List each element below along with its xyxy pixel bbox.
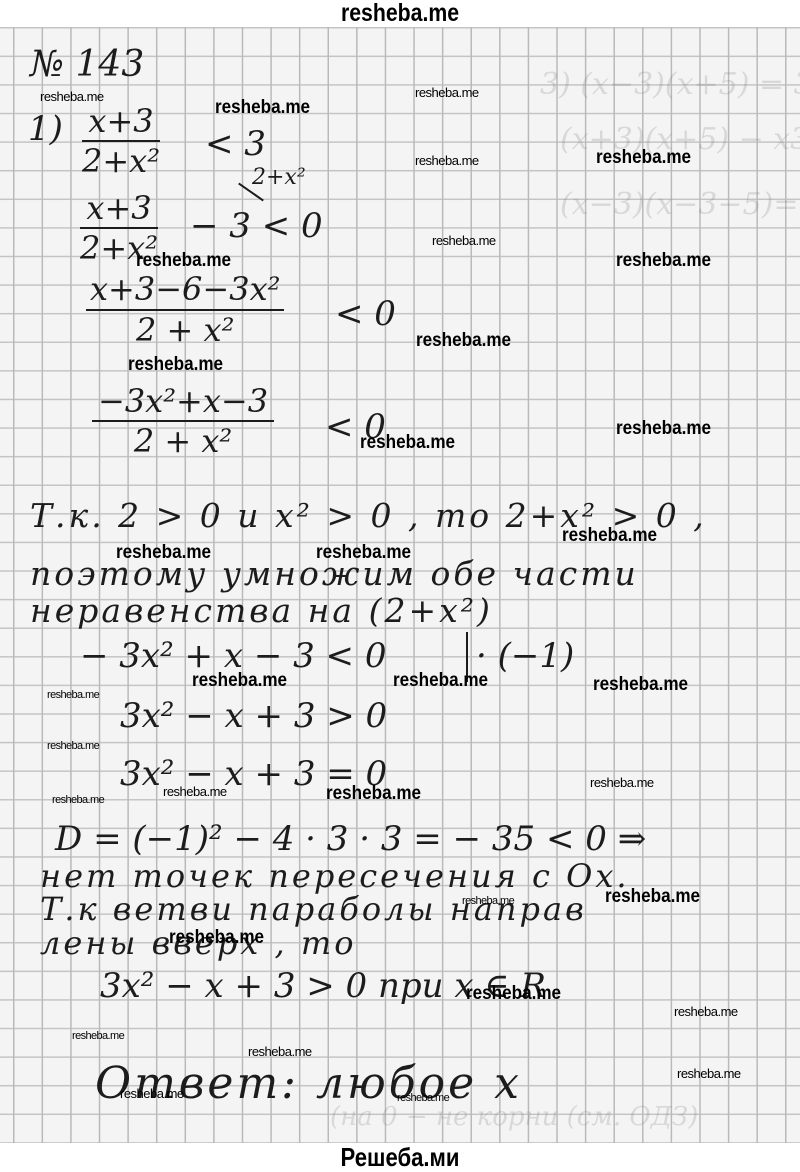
watermark: resheba.me: [462, 895, 514, 907]
watermark: resheba.me: [72, 1030, 124, 1042]
watermark: resheba.me: [616, 250, 711, 272]
watermark: resheba.me: [397, 1092, 449, 1104]
watermark: resheba.me: [415, 153, 479, 168]
step-2-rhs: − 3 < 0: [190, 209, 323, 243]
watermark: resheba.me: [466, 983, 561, 1005]
watermark: resheba.me: [136, 250, 231, 272]
equation-multiplier: · (−1): [476, 639, 574, 673]
watermark: resheba.me: [116, 542, 211, 564]
watermark: resheba.me: [674, 1004, 738, 1019]
watermark: resheba.me: [316, 542, 411, 564]
numerator: x+3: [80, 192, 158, 227]
watermark: resheba.me: [47, 740, 99, 752]
fraction-step-3: x+3−6−3x² 2 + x²: [86, 273, 284, 346]
fraction-step-1: x+3 2+x²: [82, 105, 160, 177]
watermark: resheba.me: [360, 432, 455, 454]
watermark: resheba.me: [248, 1044, 312, 1059]
watermark: resheba.me: [596, 147, 691, 169]
bleed-through-line: 3) (x−3)(x+5) = 3(x−5): [540, 67, 800, 102]
watermark: resheba.me: [120, 1086, 184, 1101]
denominator: 2 + x²: [92, 422, 274, 457]
watermark: resheba.me: [215, 97, 310, 119]
watermark: resheba.me: [393, 670, 488, 692]
numerator: x+3−6−3x²: [86, 273, 284, 309]
denominator: 2+x²: [82, 142, 160, 177]
watermark: resheba.me: [169, 927, 264, 949]
fraction-step-4: −3x²+x−3 2 + x²: [92, 385, 274, 457]
discriminant: D = (−1)² − 4 · 3 · 3 = − 35 < 0 ⇒: [55, 822, 646, 856]
problem-number: № 143: [30, 47, 144, 83]
watermark: resheba.me: [128, 354, 223, 376]
watermark: resheba.me: [192, 670, 287, 692]
watermark: resheba.me: [677, 1066, 741, 1081]
reasoning-line-3: неравенства на (2+x²): [30, 594, 493, 627]
watermark: resheba.me: [40, 89, 104, 104]
numerator: −3x²+x−3: [92, 385, 274, 420]
watermark: resheba.me: [415, 85, 479, 100]
watermark: resheba.me: [590, 775, 654, 790]
watermark: resheba.me: [562, 525, 657, 547]
watermark: resheba.me: [416, 330, 511, 352]
notebook-page: 3) (x−3)(x+5) = 3(x−5) (x+3)(x+5) − x3)(…: [0, 27, 800, 1143]
equation-positive-form: 3x² − x + 3 > 0: [120, 699, 387, 733]
site-header-brand: resheba.me: [60, 0, 740, 27]
conclusion-line-1: нет точек пересечения с Ox.: [40, 860, 630, 892]
part-label: 1): [28, 112, 63, 146]
denominator: 2 + x²: [86, 311, 284, 346]
common-multiplier: 2+x²: [252, 167, 306, 189]
watermark: resheba.me: [326, 783, 421, 805]
site-footer-brand: Решеба.ми: [60, 1143, 740, 1172]
watermark: resheba.me: [52, 794, 104, 806]
watermark: resheba.me: [605, 886, 700, 908]
watermark: resheba.me: [47, 689, 99, 701]
equation-negative-form: − 3x² + x − 3 < 0: [80, 639, 386, 673]
numerator: x+3: [82, 105, 160, 140]
watermark: resheba.me: [163, 784, 227, 799]
step-3-rhs: < 0: [335, 297, 396, 331]
watermark: resheba.me: [432, 233, 496, 248]
watermark: resheba.me: [593, 674, 688, 696]
watermark: resheba.me: [616, 418, 711, 440]
bleed-through-line: (x−3)(x−3−5)=0: [560, 187, 800, 222]
step-1-rhs: < 3: [205, 127, 266, 161]
